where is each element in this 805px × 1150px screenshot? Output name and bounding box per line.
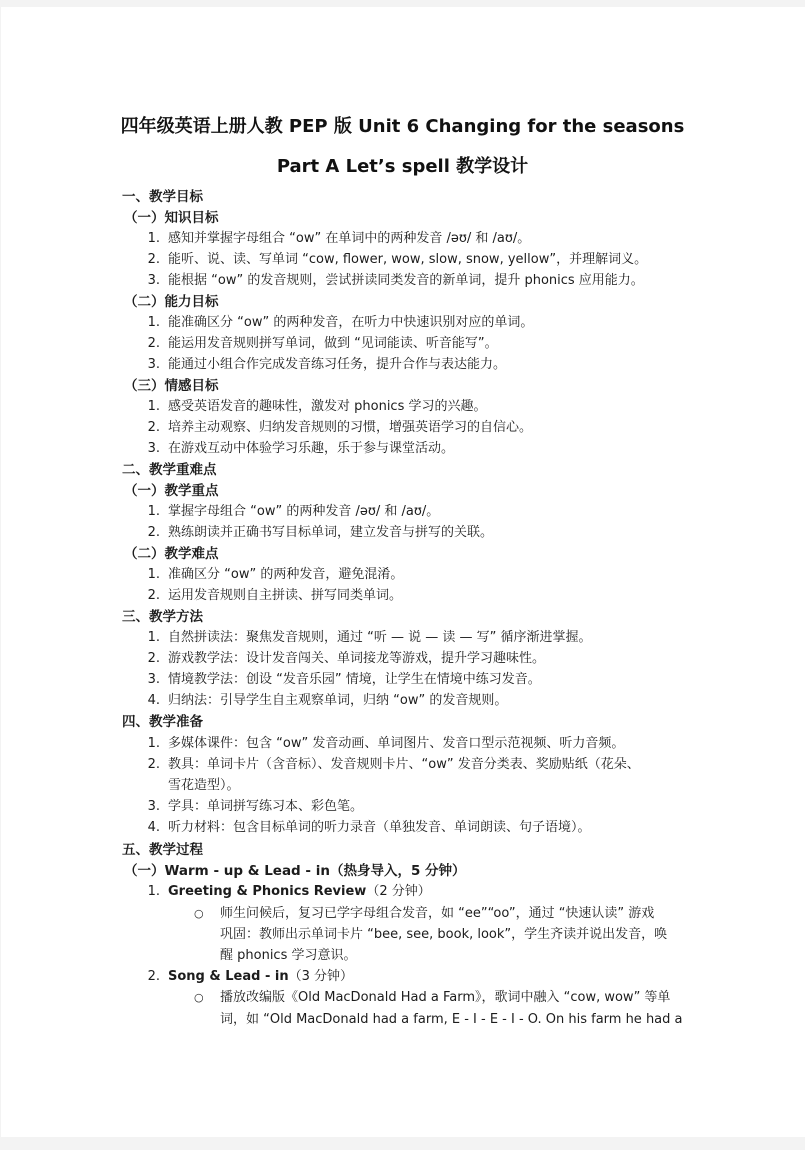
item-number: 1. [140,502,160,522]
section-heading-objectives: 一、教学目标 [122,187,203,207]
section-heading-process: 五、教学过程 [122,840,203,860]
step-duration: （3 分钟） [289,969,353,984]
section-heading-key-points: 二、教学重难点 [122,460,217,480]
subsection-heading-focus: （一）教学重点 [124,481,219,501]
bullet-line-continuation: 巩固：教师出示单词卡片 “bee, see, book, look”，学生齐读并… [220,925,667,945]
bullet-icon: ○ [194,988,204,1008]
section-heading-methods: 三、教学方法 [122,607,203,627]
item-number: 4. [140,691,160,711]
bullet-line-continuation: 词，如 “Old MacDonald had a farm, E - I - E… [220,1010,683,1030]
document-subtitle: Part A Let’s spell 教学设计 [0,152,805,178]
item-number: 1. [140,313,160,333]
item-number: 4. [140,818,160,838]
step-title: Song & Lead - in [168,969,289,984]
item-number: 3. [140,797,160,817]
item-number: 1. [140,882,160,902]
item-number: 2. [140,250,160,270]
subsection-heading-difficulty: （二）教学难点 [124,544,219,564]
item-number: 2. [140,755,160,775]
subsection-heading-ability: （二）能力目标 [124,292,219,312]
step-title: Greeting & Phonics Review [168,884,366,899]
item-number: 1. [140,397,160,417]
subsection-heading-knowledge: （一）知识目标 [124,208,219,228]
item-number: 2. [140,334,160,354]
item-number: 3. [140,670,160,690]
subsection-heading-warmup: （一）Warm - up & Lead - in（热身导入，5 分钟） [124,861,466,881]
subsection-heading-emotion: （三）情感目标 [124,376,219,396]
item-number: 2. [140,586,160,606]
section-heading-preparation: 四、教学准备 [122,712,203,732]
item-number: 3. [140,271,160,291]
item-number: 1. [140,565,160,585]
item-number: 3. [140,355,160,375]
item-number: 2. [140,967,160,987]
item-number: 1. [140,734,160,754]
step-duration: （2 分钟） [366,884,430,899]
item-number: 3. [140,439,160,459]
item-number: 2. [140,523,160,543]
bullet-icon: ○ [194,904,204,924]
item-number: 2. [140,418,160,438]
item-number: 1. [140,628,160,648]
item-number: 1. [140,229,160,249]
bullet-line-continuation: 醒 phonics 学习意识。 [220,946,356,966]
document-title: 四年级英语上册人教 PEP 版 Unit 6 Changing for the … [0,112,805,138]
item-number: 2. [140,649,160,669]
